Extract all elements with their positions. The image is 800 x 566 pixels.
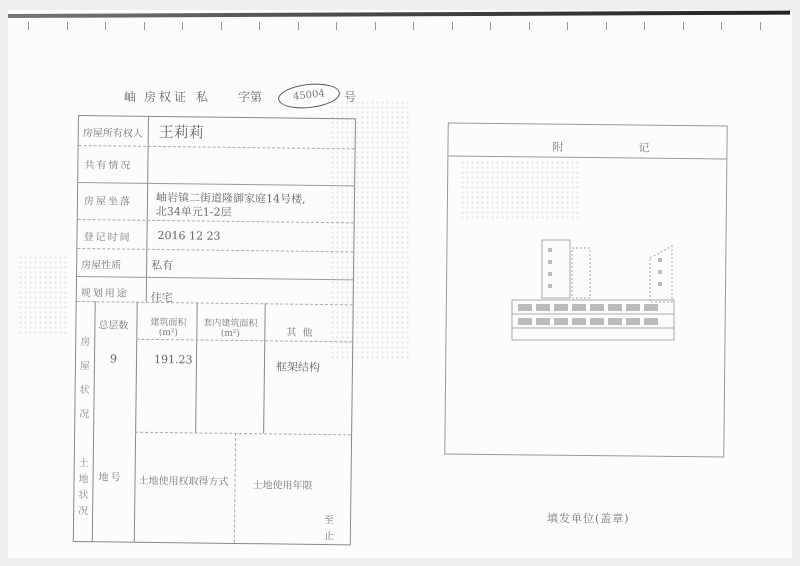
header-area: 建筑面积(m²): [142, 315, 194, 339]
cert-title: 房权证: [144, 88, 189, 105]
value-area: 191.23: [154, 353, 193, 366]
house-section-label: 房屋状况: [78, 331, 91, 427]
ruler-tick: [529, 22, 530, 30]
ruler-tick: [490, 22, 491, 30]
ruler-tick: [144, 22, 145, 30]
header-floors: 总层数: [98, 316, 128, 331]
cert-prefix: 岫: [124, 88, 136, 105]
header-inner-area: 套内建筑面积(m²): [198, 315, 262, 339]
ruler-tick: [336, 22, 337, 30]
issuer-stamp-label: 填发单位(盖章): [547, 510, 630, 526]
cert-zidi: 字第: [238, 88, 262, 105]
ruler-tick: [375, 22, 376, 30]
ruler-tick: [105, 22, 106, 30]
label-owner: 房屋所有权人: [83, 124, 143, 140]
header-land-term: 土地使用年限: [252, 476, 312, 492]
label-property-type: 房屋性质: [81, 256, 121, 271]
cert-district: 私: [196, 88, 208, 105]
ruler-tick: [182, 22, 183, 30]
ruler-tick: [644, 22, 645, 30]
building-photo: [510, 238, 680, 348]
label-location: 房屋坐落: [84, 192, 132, 208]
header-other: 其他: [286, 324, 318, 339]
ruler-tick: [221, 22, 222, 30]
header-land-no: 地号: [99, 468, 123, 483]
label-reg-date: 登记时间: [83, 228, 131, 244]
ruler-tick: [452, 22, 453, 30]
certificate-table: 房屋所有权人 王莉莉 共有情况 房屋坐落 岫岩镇二街道隆御家庭14号楼, 北34…: [73, 115, 356, 545]
value-planned-use: 住宅: [151, 289, 173, 305]
value-owner: 王莉莉: [159, 121, 204, 143]
value-property-type: 私有: [151, 257, 173, 273]
header-land-acquire: 土地使用权取得方式: [138, 472, 228, 488]
cert-number: 45004: [293, 88, 326, 102]
value-floors: 9: [110, 352, 117, 365]
value-location-2: 北34单元1-2层: [156, 203, 232, 220]
label-planned-use: 规划用途: [81, 284, 129, 300]
ruler-ticks: [28, 22, 788, 34]
ruler-tick: [567, 22, 568, 30]
land-end: 止: [324, 527, 336, 542]
land-to: 至: [324, 511, 336, 526]
ruler-tick: [760, 22, 761, 30]
annex-title-left: 附: [552, 139, 565, 155]
ruler-tick: [413, 22, 414, 30]
land-section-label: 土地状况: [77, 456, 90, 520]
ruler-tick: [606, 22, 607, 30]
value-reg-date: 2016 12 23: [157, 229, 220, 243]
ruler-tick: [298, 22, 299, 30]
label-co-ownership: 共有情况: [84, 156, 132, 172]
annex-title-right: 记: [638, 140, 651, 156]
ruler-tick: [259, 22, 260, 30]
ruler-tick: [67, 22, 68, 30]
ruler-tick: [28, 22, 29, 30]
ruler-tick: [721, 22, 722, 30]
cert-hao: 号: [344, 88, 356, 105]
ruler-tick: [683, 22, 684, 30]
value-other: 框架结构: [276, 358, 320, 375]
scan-noise: [18, 255, 68, 335]
